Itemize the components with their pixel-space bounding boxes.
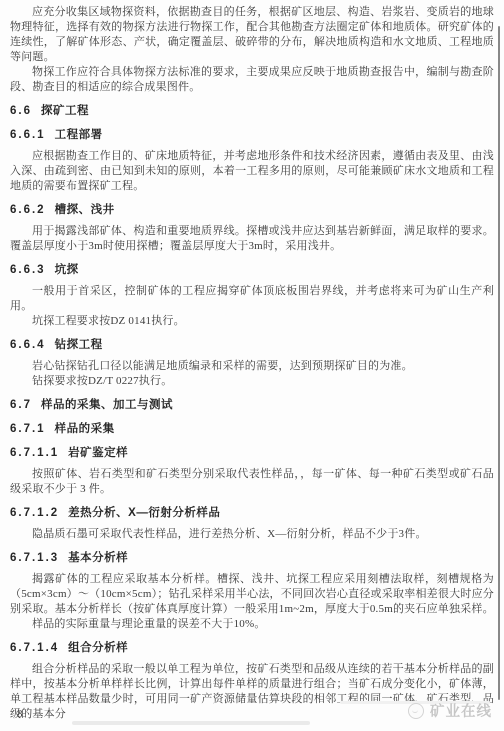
heading-label: 坑探 <box>55 264 79 276</box>
watermark-text: 矿业在线 <box>430 700 492 721</box>
paragraph: 物探工作应符合具体物探方法标准的要求，主要成果应反映于地质勘查报告中，编制与勘查… <box>10 65 494 95</box>
scan-smudge-artifact <box>72 721 310 725</box>
section-heading-6-7-1-1: 6.7.1.1岩矿鉴定样 <box>10 446 494 461</box>
section-heading-6-6-4: 6.6.4钻探工程 <box>10 338 494 353</box>
heading-label: 槽探、浅井 <box>55 204 115 216</box>
heading-label: 样品的采集 <box>55 423 115 435</box>
paragraph: 钻探要求按DZ/T 0227执行。 <box>10 374 494 389</box>
heading-number: 6.7 <box>10 399 32 411</box>
heading-label: 工程部署 <box>55 129 103 141</box>
heading-number: 6.7.1.3 <box>10 552 59 564</box>
mining-online-logo-icon <box>408 703 424 719</box>
section-heading-6-7-1-3: 6.7.1.3基本分析样 <box>10 551 494 566</box>
heading-label: 探矿工程 <box>41 105 89 117</box>
paragraph: 应充分收集区域物探资料，依据勘查目的任务，根据矿区地层、构造、岩浆岩、变质岩的地… <box>10 5 494 65</box>
section-heading-6-6-2: 6.6.2槽探、浅井 <box>10 203 494 218</box>
document-body: 应充分收集区域物探资料，依据勘查目的任务，根据矿区地层、构造、岩浆岩、变质岩的地… <box>10 5 494 722</box>
heading-label: 样品的采集、加工与测试 <box>41 399 173 411</box>
section-heading-6-7-1: 6.7.1样品的采集 <box>10 422 494 437</box>
heading-number: 6.6 <box>10 105 32 117</box>
paragraph: 用于揭露浅部矿体、构造和重要地质界线。探槽或浅井应达到基岩新鲜面，满足取样的要求… <box>10 224 494 254</box>
section-heading-6-6: 6.6探矿工程 <box>10 104 494 119</box>
paragraph: 应根据勘查工作目的、矿床地质特征，并考虑地形条件和技术经济因素，遵循由表及里、由… <box>10 149 494 194</box>
heading-number: 6.7.1.4 <box>10 642 59 654</box>
paragraph: 岩心钻探钻孔口径以能满足地质编录和采样的需要，达到预期探矿目的为准。 <box>10 359 494 374</box>
scanned-document-page: 应充分收集区域物探资料，依据勘查目的任务，根据矿区地层、构造、岩浆岩、变质岩的地… <box>0 0 504 731</box>
paragraph: 隐晶质石墨可采取代表性样品，进行差热分析、X—衍射分析，样品不少于3件。 <box>10 527 494 542</box>
heading-number: 6.6.1 <box>10 129 46 141</box>
scan-edge-artifact <box>498 26 500 700</box>
paragraph: 坑探工程要求按DZ 0141执行。 <box>10 314 494 329</box>
heading-number: 6.6.4 <box>10 339 46 351</box>
section-heading-6-7-1-2: 6.7.1.2差热分析、X—衍射分析样品 <box>10 506 494 521</box>
heading-number: 6.7.1.2 <box>10 507 59 519</box>
heading-number: 6.7.1 <box>10 423 46 435</box>
heading-label: 组合分析样 <box>68 642 128 654</box>
page-number: 8 <box>17 708 23 720</box>
heading-number: 6.6.3 <box>10 264 46 276</box>
heading-number: 6.7.1.1 <box>10 447 59 459</box>
section-heading-6-7: 6.7样品的采集、加工与测试 <box>10 398 494 413</box>
heading-number: 6.6.2 <box>10 204 46 216</box>
paragraph: 样品的实际重量与理论重量的误差不大于10%。 <box>10 617 494 632</box>
paragraph: 一般用于首采区，控制矿体的工程应揭穿矿体顶底板围岩界线，并考虑将来可为矿山生产利… <box>10 284 494 314</box>
section-heading-6-6-1: 6.6.1工程部署 <box>10 128 494 143</box>
heading-label: 钻探工程 <box>55 339 103 351</box>
heading-label: 差热分析、X—衍射分析样品 <box>68 507 220 519</box>
heading-label: 岩矿鉴定样 <box>68 447 128 459</box>
paragraph: 揭露矿体的工程应采取基本分析样。槽探、浅井、坑探工程应采用刻槽法取样，刻槽规格为… <box>10 572 494 617</box>
heading-label: 基本分析样 <box>68 552 128 564</box>
watermark: 矿业在线 <box>408 700 492 721</box>
section-heading-6-7-1-4: 6.7.1.4组合分析样 <box>10 641 494 656</box>
paragraph: 按照矿体、岩石类型和矿石类型分别采取代表性样品，，每一矿体、每一种矿石类型或矿石… <box>10 467 494 497</box>
section-heading-6-6-3: 6.6.3坑探 <box>10 263 494 278</box>
